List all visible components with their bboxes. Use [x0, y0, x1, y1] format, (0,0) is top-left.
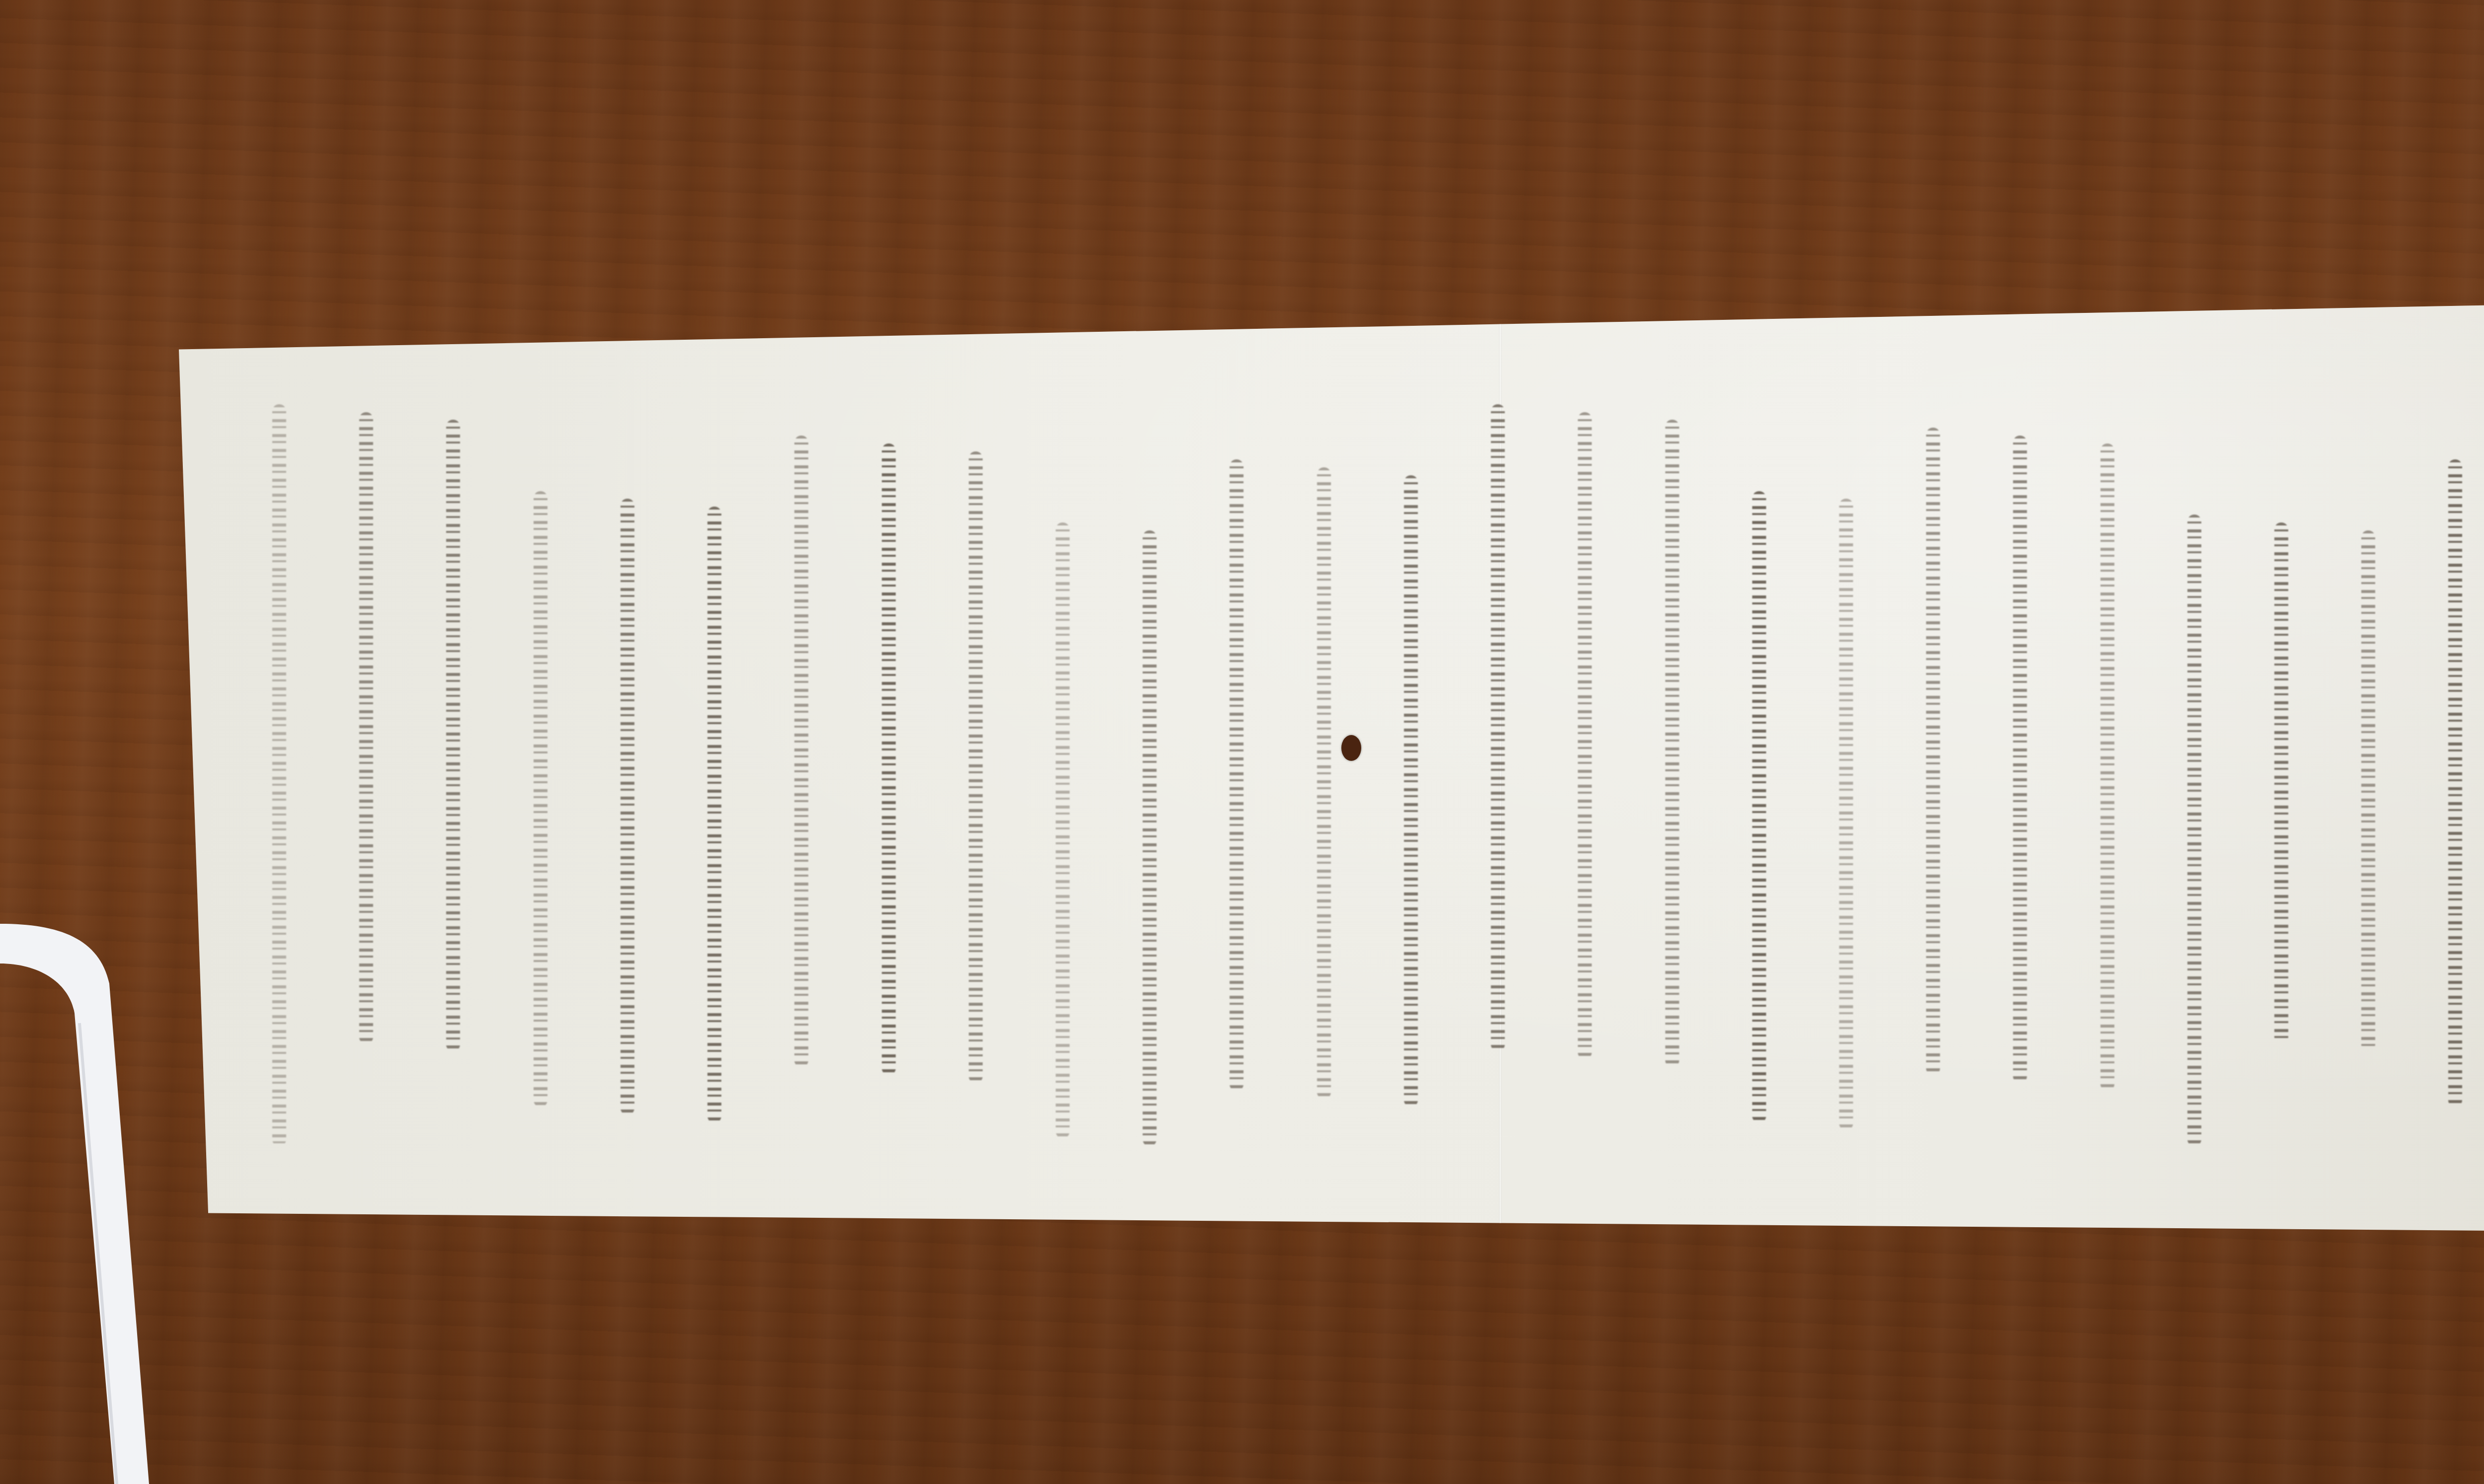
- manuscript-page: [179, 303, 2484, 1232]
- handwriting-line: [2357, 372, 2379, 1162]
- handwriting-line: [1139, 372, 1161, 1162]
- handwriting-line: [1835, 372, 1857, 1162]
- handwriting-line: [355, 372, 377, 1162]
- handwriting-line: [1400, 372, 1422, 1162]
- handwriting-line: [617, 372, 638, 1162]
- handwriting-line: [965, 372, 987, 1162]
- handwriting-line: [1661, 372, 1683, 1162]
- handwriting-line: [268, 372, 290, 1162]
- handwriting-line: [703, 372, 725, 1162]
- handwriting-line: [530, 372, 551, 1162]
- handwriting-line: [2096, 372, 2118, 1162]
- white-strap: [0, 924, 179, 1484]
- handwriting-lines: [268, 372, 2484, 1162]
- handwriting-line: [1313, 372, 1335, 1162]
- handwriting-line: [878, 372, 900, 1162]
- handwriting-line: [1487, 372, 1509, 1162]
- handwriting-line: [1052, 372, 1074, 1162]
- handwriting-line: [442, 372, 464, 1162]
- handwriting-line: [2270, 372, 2292, 1162]
- handwriting-line: [1574, 372, 1596, 1162]
- handwriting-line: [2444, 372, 2466, 1162]
- handwriting-line: [2009, 372, 2031, 1162]
- handwriting-line: [1922, 372, 1944, 1162]
- handwriting-line: [1748, 372, 1770, 1162]
- paper-hole: [1341, 735, 1361, 761]
- handwriting-line: [1226, 372, 1247, 1162]
- handwriting-line: [790, 372, 812, 1162]
- handwriting-line: [2183, 372, 2205, 1162]
